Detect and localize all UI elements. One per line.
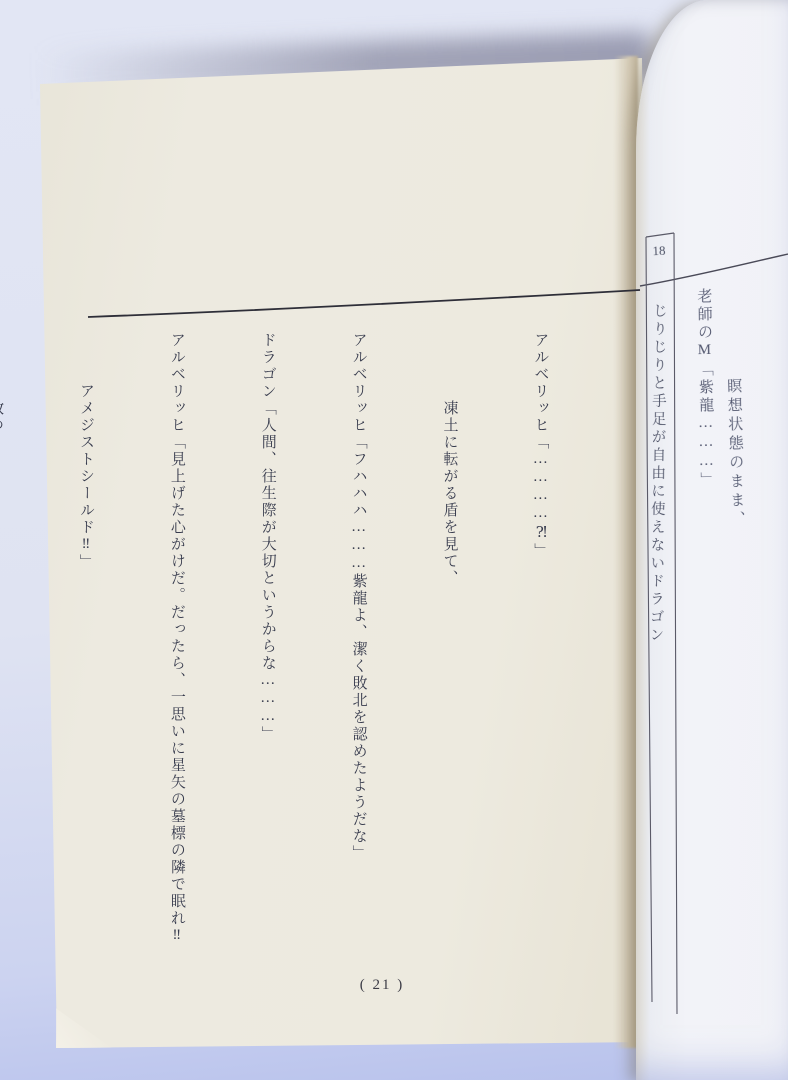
script-line-right-page: 瞑想状態のまま、 xyxy=(723,378,748,530)
script-line-right-page: 老師のM「紫龍………」 xyxy=(693,288,718,490)
script-line: ドラゴン「人間、往生際が大切というからな………」 xyxy=(252,332,282,984)
script-text-block: アルベリッヒ「…………⁈」 凍土に転がる盾を見て、 アルベリッヒ「フハハハ………… xyxy=(0,332,616,984)
script-line: アルベリッヒ「…………⁈」 xyxy=(525,332,555,984)
script-line: アルベリッヒ「見上げた心がけだ。だったら、一思いに星矢の墓標の隣で眠れ‼ xyxy=(162,332,192,984)
book-photo: アルベリッヒ「…………⁈」 凍土に転がる盾を見て、 アルベリッヒ「フハハハ………… xyxy=(0,0,788,1080)
page-number: ( 21 ) xyxy=(322,977,442,994)
script-line: アルベリッヒ「フハハハ………紫龍よ、潔く敗北を認めたようだな」 xyxy=(343,332,373,984)
spine-crease xyxy=(614,56,638,1048)
script-line: 放つ‼ xyxy=(0,332,10,984)
scene-number-label: 18 xyxy=(645,243,674,260)
scene-title: じりじりと手足が自由に使えないドラゴン xyxy=(645,303,670,645)
script-line: 凍土に転がる盾を見て、 xyxy=(434,332,464,984)
script-line: アメジストシールド‼」 xyxy=(71,332,101,984)
